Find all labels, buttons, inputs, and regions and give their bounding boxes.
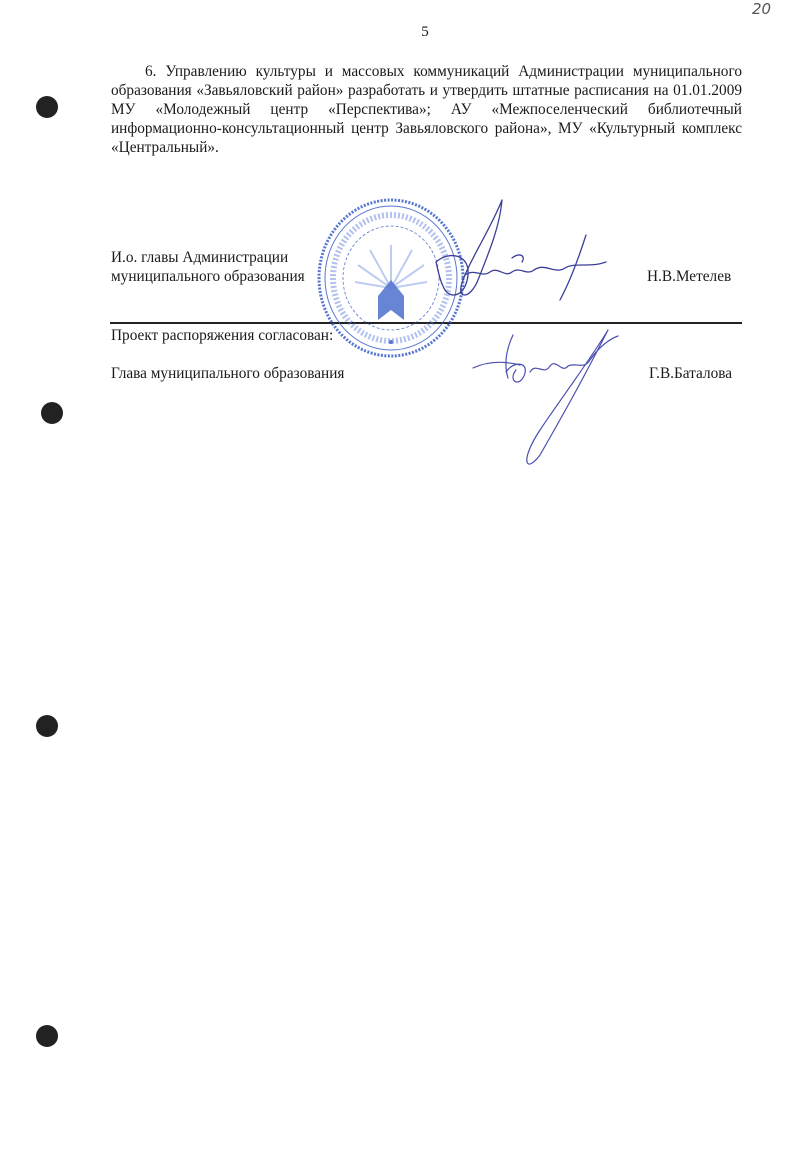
official-seal-icon [319, 200, 463, 356]
signature-metelev [436, 200, 606, 300]
signature-batalova [473, 330, 618, 464]
stamp-and-signatures [0, 0, 800, 1149]
document-page: 20 5 6. Управлению культуры и массовых к… [0, 0, 800, 1149]
